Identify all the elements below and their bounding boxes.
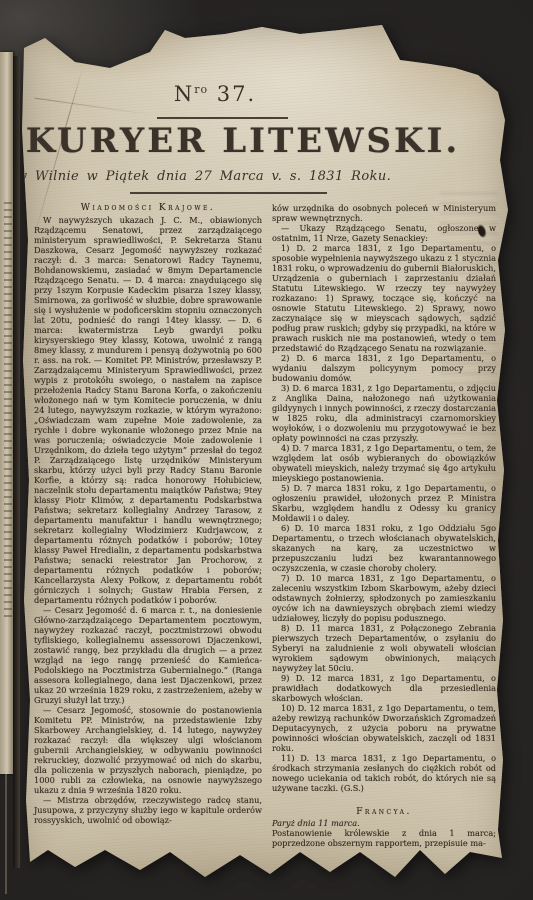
right-column-text: ków urzędnika do osobnych poleceń w Mini…: [272, 203, 496, 793]
adjacent-page-sliver: [0, 52, 13, 774]
adjacent-page-text-fragments: [4, 202, 12, 622]
column-right: ków urzędnika do osobnych poleceń w Mini…: [272, 203, 496, 848]
paragraph: — Ukazy Rządzącego Senatu, ogłoszone w o…: [272, 223, 496, 243]
paragraph: — Cesarz Jegomość d. 6 marca r. t., na d…: [34, 605, 262, 705]
underlying-page-edge: [5, 774, 7, 894]
paragraph: 8) D. 11 marca 1831, z Połączonego Zebra…: [272, 623, 496, 673]
paragraph: 10) D. 12 marca 1831, z 1go Departamentu…: [272, 703, 496, 753]
paragraph: 7) D. 10 marca 1831, z 1go Departamentu,…: [272, 573, 496, 623]
paragraph: 5) D. 7 marca 1831 roku, z 1go Departame…: [272, 483, 496, 523]
masthead-rule-bottom: [130, 192, 327, 194]
left-column-text: W naywyższych ukazach J. C. M., obiawion…: [34, 215, 262, 825]
paragraph: Postanowienie królewskie z dnia 1 marca;…: [272, 828, 496, 848]
section-header-wiadomosci-krajowe: Wiadomości Krajowe.: [34, 203, 262, 213]
paragraph: 6) D. 10 marca 1831 roku, z 1go Oddziału…: [272, 523, 496, 573]
paragraph: W naywyższych ukazach J. C. M., obiawion…: [34, 215, 262, 605]
paragraph: 2) D. 6 marca 1831, z 1go Departamentu, …: [272, 353, 496, 383]
section-header-francya: Francya.: [272, 807, 496, 817]
issue-number: Nro 37.: [16, 82, 414, 106]
masthead-rule-top: [157, 117, 288, 119]
paragraph: 4) D. 7 marca 1831, z 1go Departamentu, …: [272, 443, 496, 483]
newspaper-page-wrapper: Nro 37. KURYER LITEWSKI. w Wilnie w Piąt…: [16, 22, 512, 888]
francya-dateline: Paryż dnia 11 marca.: [272, 818, 496, 828]
paragraph: 3) D. 6 marca 1831, z 1go Departamentu, …: [272, 383, 496, 443]
paragraph: 9) D. 12 marca 1831, z 1go Departamentu,…: [272, 673, 496, 703]
issue-prefix: N: [174, 82, 194, 106]
paragraph: 11) D. 13 marca 1831, z 1go Departamentu…: [272, 753, 496, 793]
newspaper-title: KURYER LITEWSKI.: [16, 121, 470, 161]
column-left: Wiadomości Krajowe. W naywyższych ukazac…: [34, 203, 262, 848]
section-francya: Francya. Paryż dnia 11 marca. Postanowie…: [272, 807, 496, 848]
masthead-dateline: w Wilnie w Piątek dnia 27 Marca v. s. 18…: [16, 169, 340, 184]
francya-text: Postanowienie królewskie z dnia 1 marca;…: [272, 828, 496, 848]
paragraph: — Mistrza obrzędów, rzeczywistego radcę …: [34, 795, 262, 825]
paragraph: ków urzędnika do osobnych poleceń w Mini…: [272, 203, 496, 223]
issue-value: 37.: [217, 82, 256, 106]
body-columns: Wiadomości Krajowe. W naywyższych ukazac…: [34, 203, 496, 848]
paragraph: 1) D. 2 marca 1831, z 1go Departamentu, …: [272, 243, 496, 353]
paragraph: — Cesarz Jegomość, stosownie do postanow…: [34, 705, 262, 795]
scan-background: Nro 37. KURYER LITEWSKI. w Wilnie w Piąt…: [0, 0, 533, 900]
issue-superscript: ro: [194, 83, 208, 96]
newspaper-page: Nro 37. KURYER LITEWSKI. w Wilnie w Piąt…: [16, 22, 512, 888]
